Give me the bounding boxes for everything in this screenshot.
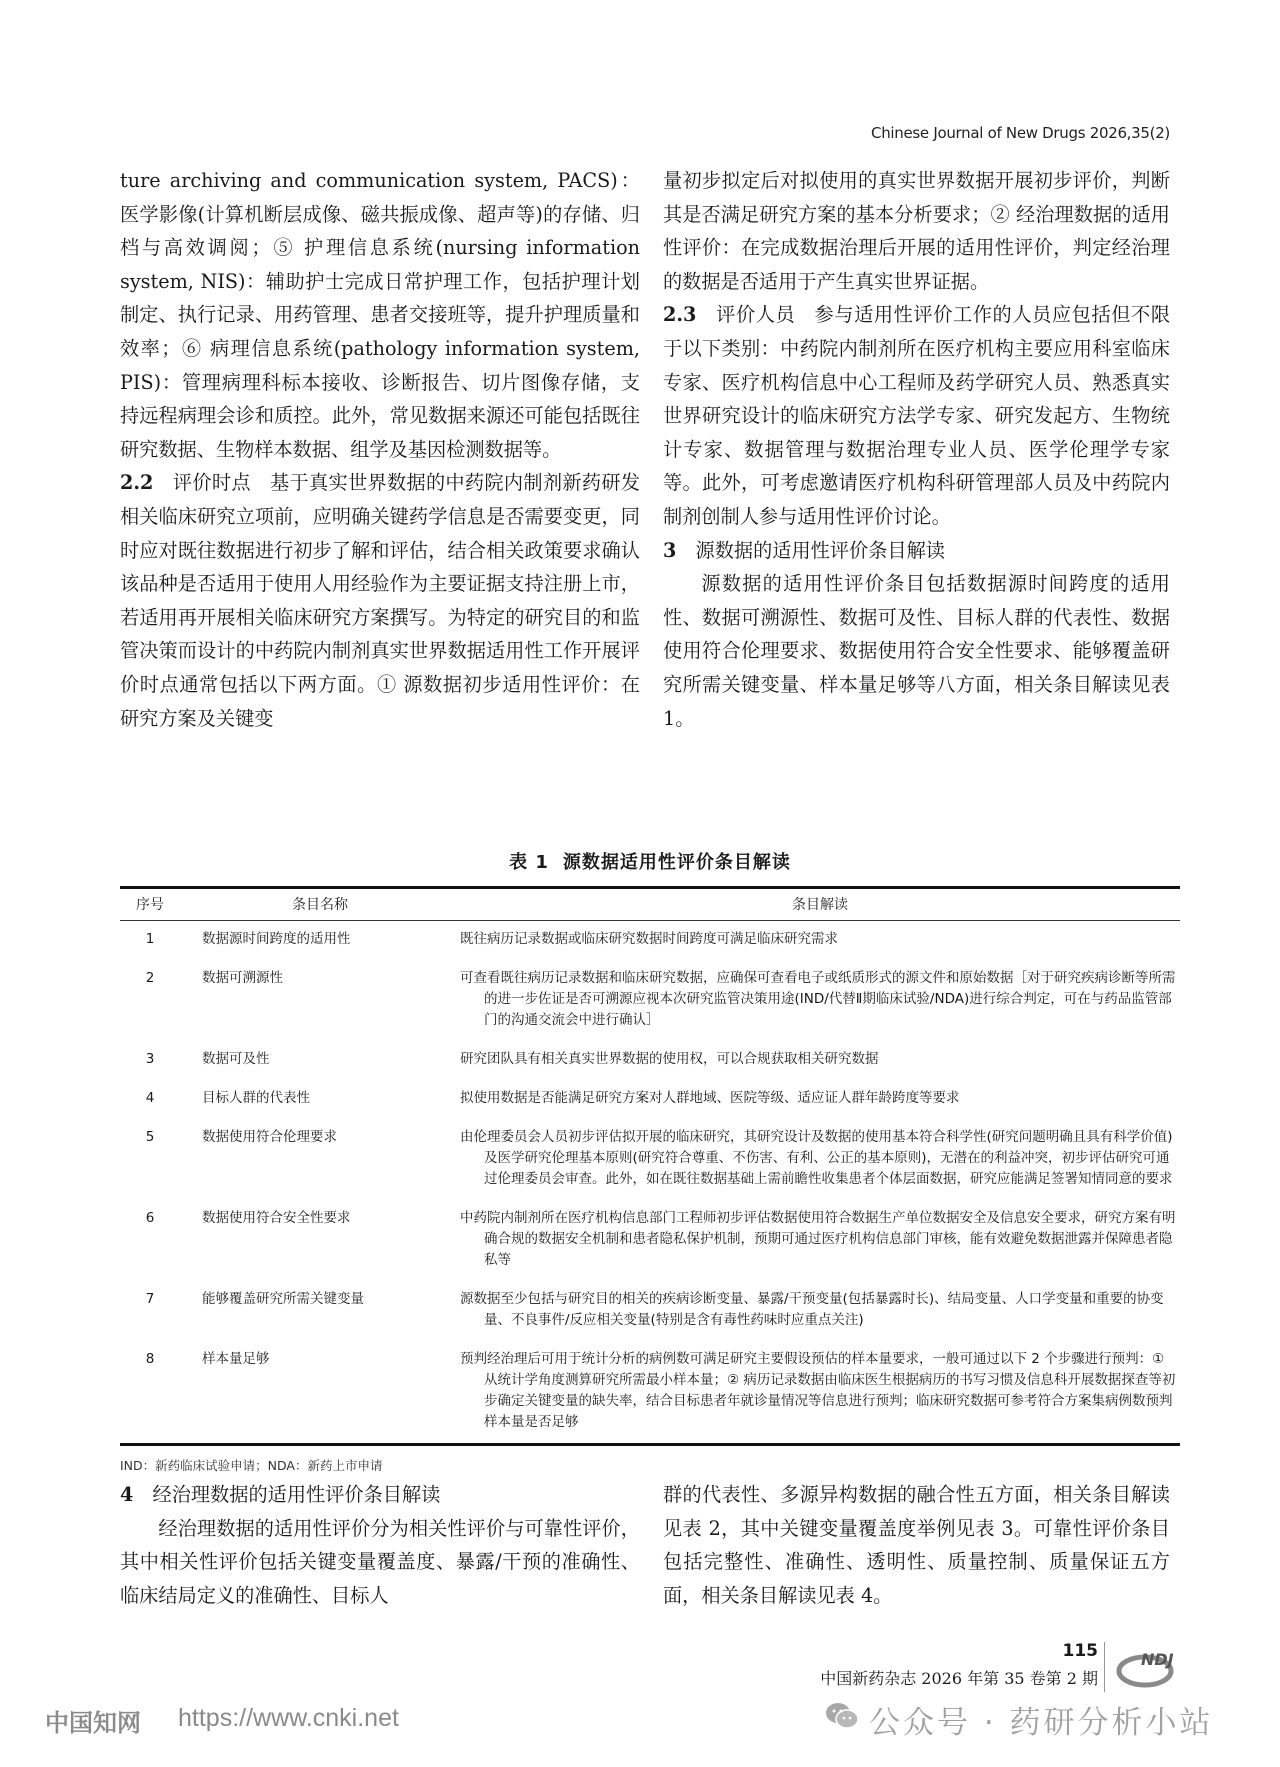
cell-desc: 由伦理委员会人员初步评估拟开展的临床研究，其研究设计及数据的使用基本符合科学性(… bbox=[460, 1127, 1176, 1190]
cell-no: 3 bbox=[120, 1041, 180, 1080]
wechat-watermark: 公众号 · 药研分析小站 bbox=[825, 1697, 1214, 1742]
table-caption: 表 1源数据适用性评价条目解读 bbox=[120, 848, 1180, 874]
cell-no: 6 bbox=[120, 1200, 180, 1281]
cnki-watermark: 中国知网 bbox=[45, 1703, 141, 1738]
table-caption-title: 源数据适用性评价条目解读 bbox=[563, 852, 791, 873]
section-2-2: 2.2评价时点基于真实世界数据的中药院内制剂新药研发相关临床研究立项前，应明确关… bbox=[120, 466, 640, 735]
svg-text:NDJ: NDJ bbox=[1141, 1650, 1174, 1669]
header-no: 序号 bbox=[120, 888, 180, 921]
cell-no: 7 bbox=[120, 1281, 180, 1341]
cell-desc: 可查看既往病历记录数据和临床研究数据，应确保可查看电子或纸质形式的源文件和原始数… bbox=[460, 968, 1176, 1031]
paragraph: ture archiving and communication system,… bbox=[120, 164, 640, 466]
table-row: 3 数据可及性 研究团队具有相关真实世界数据的使用权，可以合规获取相关研究数据 bbox=[120, 1041, 1180, 1080]
table-row: 8 样本量足够 预判经治理后可用于统计分析的病例数可满足研究主要假设预估的样本量… bbox=[120, 1341, 1180, 1445]
cnki-url-watermark: https://www.cnki.net bbox=[178, 1704, 399, 1733]
cell-no: 4 bbox=[120, 1080, 180, 1119]
cell-desc: 预判经治理后可用于统计分析的病例数可满足研究主要假设预估的样本量要求，一般可通过… bbox=[460, 1349, 1176, 1433]
table-header-row: 序号 条目名称 条目解读 bbox=[120, 888, 1180, 921]
journal-issue: 中国新药杂志 2026 年第 35 卷第 2 期 bbox=[820, 1666, 1098, 1689]
cell-name: 数据可及性 bbox=[180, 1041, 460, 1080]
table-row: 6 数据使用符合安全性要求 中药院内制剂所在医疗机构信息部门工程师初步评估数据使… bbox=[120, 1200, 1180, 1281]
header-name: 条目名称 bbox=[180, 888, 460, 921]
cell-no: 8 bbox=[120, 1341, 180, 1445]
section-title: 评价时点 bbox=[173, 471, 251, 494]
table-row: 4 目标人群的代表性 拟使用数据是否能满足研究方案对人群地域、医院等级、适应证人… bbox=[120, 1080, 1180, 1119]
cell-name: 目标人群的代表性 bbox=[180, 1080, 460, 1119]
cell-desc: 既往病历记录数据或临床研究数据时间跨度可满足临床研究需求 bbox=[460, 929, 1176, 950]
section-2-3: 2.3评价人员参与适用性评价工作的人员应包括但不限于以下类别：中药院内制剂所在医… bbox=[663, 298, 1170, 533]
section-title: 经治理数据的适用性评价条目解读 bbox=[153, 1483, 441, 1506]
section-3-text: 源数据的适用性评价条目包括数据源时间跨度的适用性、数据可溯源性、数据可及性、目标… bbox=[663, 567, 1170, 735]
cell-no: 2 bbox=[120, 960, 180, 1041]
cell-name: 数据使用符合安全性要求 bbox=[180, 1200, 460, 1281]
section-title: 评价人员 bbox=[716, 303, 796, 326]
cell-no: 5 bbox=[120, 1119, 180, 1200]
cell-desc: 源数据至少包括与研究目的相关的疾病诊断变量、暴露/干预变量(包括暴露时长)、结局… bbox=[460, 1289, 1176, 1331]
table-caption-number: 表 1 bbox=[509, 852, 549, 873]
paragraph: 量初步拟定后对拟使用的真实世界数据开展初步评价，判断其是否满足研究方案的基本分析… bbox=[663, 164, 1170, 298]
section-number: 4 bbox=[120, 1483, 133, 1506]
section-4-text-left: 经治理数据的适用性评价分为相关性评价与可靠性评价，其中相关性评价包括关键变量覆盖… bbox=[120, 1512, 640, 1613]
journal-logo-icon: NDJ bbox=[1115, 1645, 1185, 1693]
cell-name: 能够覆盖研究所需关键变量 bbox=[180, 1281, 460, 1341]
table-row: 5 数据使用符合伦理要求 由伦理委员会人员初步评估拟开展的临床研究，其研究设计及… bbox=[120, 1119, 1180, 1200]
section-4-left: 4经治理数据的适用性评价条目解读 经治理数据的适用性评价分为相关性评价与可靠性评… bbox=[120, 1478, 640, 1612]
cell-name: 数据使用符合伦理要求 bbox=[180, 1119, 460, 1200]
header-desc: 条目解读 bbox=[460, 888, 1180, 921]
table-row: 7 能够覆盖研究所需关键变量 源数据至少包括与研究目的相关的疾病诊断变量、暴露/… bbox=[120, 1281, 1180, 1341]
table-row: 2 数据可溯源性 可查看既往病历记录数据和临床研究数据，应确保可查看电子或纸质形… bbox=[120, 960, 1180, 1041]
section-4-text-right: 群的代表性、多源异构数据的融合性五方面，相关条目解读见表 2，其中关键变量覆盖度… bbox=[663, 1478, 1170, 1612]
running-head: Chinese Journal of New Drugs 2026,35(2) bbox=[871, 124, 1170, 142]
cell-name: 数据源时间跨度的适用性 bbox=[180, 921, 460, 961]
cell-name: 样本量足够 bbox=[180, 1341, 460, 1445]
cell-no: 1 bbox=[120, 921, 180, 961]
right-column: 量初步拟定后对拟使用的真实世界数据开展初步评价，判断其是否满足研究方案的基本分析… bbox=[663, 164, 1170, 735]
cell-name: 数据可溯源性 bbox=[180, 960, 460, 1041]
section-number: 2.2 bbox=[120, 471, 153, 494]
wechat-account-text: 公众号 · 药研分析小站 bbox=[869, 1697, 1214, 1742]
evaluation-items-table: 序号 条目名称 条目解读 1 数据源时间跨度的适用性 既往病历记录数据或临床研究… bbox=[120, 886, 1180, 1446]
footer-divider bbox=[1104, 1642, 1105, 1692]
wechat-icon bbox=[825, 1701, 859, 1739]
section-text: 基于真实世界数据的中药院内制剂新药研发相关临床研究立项前，应明确关键药学信息是否… bbox=[120, 471, 640, 729]
left-column: ture archiving and communication system,… bbox=[120, 164, 640, 735]
table-footnote: IND：新药临床试验申请；NDA：新药上市申请 bbox=[120, 1456, 1180, 1474]
section-4-heading: 4经治理数据的适用性评价条目解读 bbox=[120, 1478, 640, 1512]
cell-desc: 拟使用数据是否能满足研究方案对人群地域、医院等级、适应证人群年龄跨度等要求 bbox=[460, 1088, 1176, 1109]
section-3-heading: 3源数据的适用性评价条目解读 bbox=[663, 534, 1170, 568]
table-1: 表 1源数据适用性评价条目解读 序号 条目名称 条目解读 1 数据源时间跨度的适… bbox=[120, 848, 1180, 1474]
section-text: 参与适用性评价工作的人员应包括但不限于以下类别：中药院内制剂所在医疗机构主要应用… bbox=[663, 303, 1170, 528]
section-title: 源数据的适用性评价条目解读 bbox=[696, 539, 945, 562]
section-4-right: 群的代表性、多源异构数据的融合性五方面，相关条目解读见表 2，其中关键变量覆盖度… bbox=[663, 1478, 1170, 1612]
section-number: 3 bbox=[663, 539, 676, 562]
cell-desc: 中药院内制剂所在医疗机构信息部门工程师初步评估数据使用符合数据生产单位数据安全及… bbox=[460, 1208, 1176, 1271]
table-row: 1 数据源时间跨度的适用性 既往病历记录数据或临床研究数据时间跨度可满足临床研究… bbox=[120, 921, 1180, 961]
section-number: 2.3 bbox=[663, 303, 696, 326]
cell-desc: 研究团队具有相关真实世界数据的使用权，可以合规获取相关研究数据 bbox=[460, 1049, 1176, 1070]
page-number: 115 bbox=[1063, 1641, 1099, 1661]
